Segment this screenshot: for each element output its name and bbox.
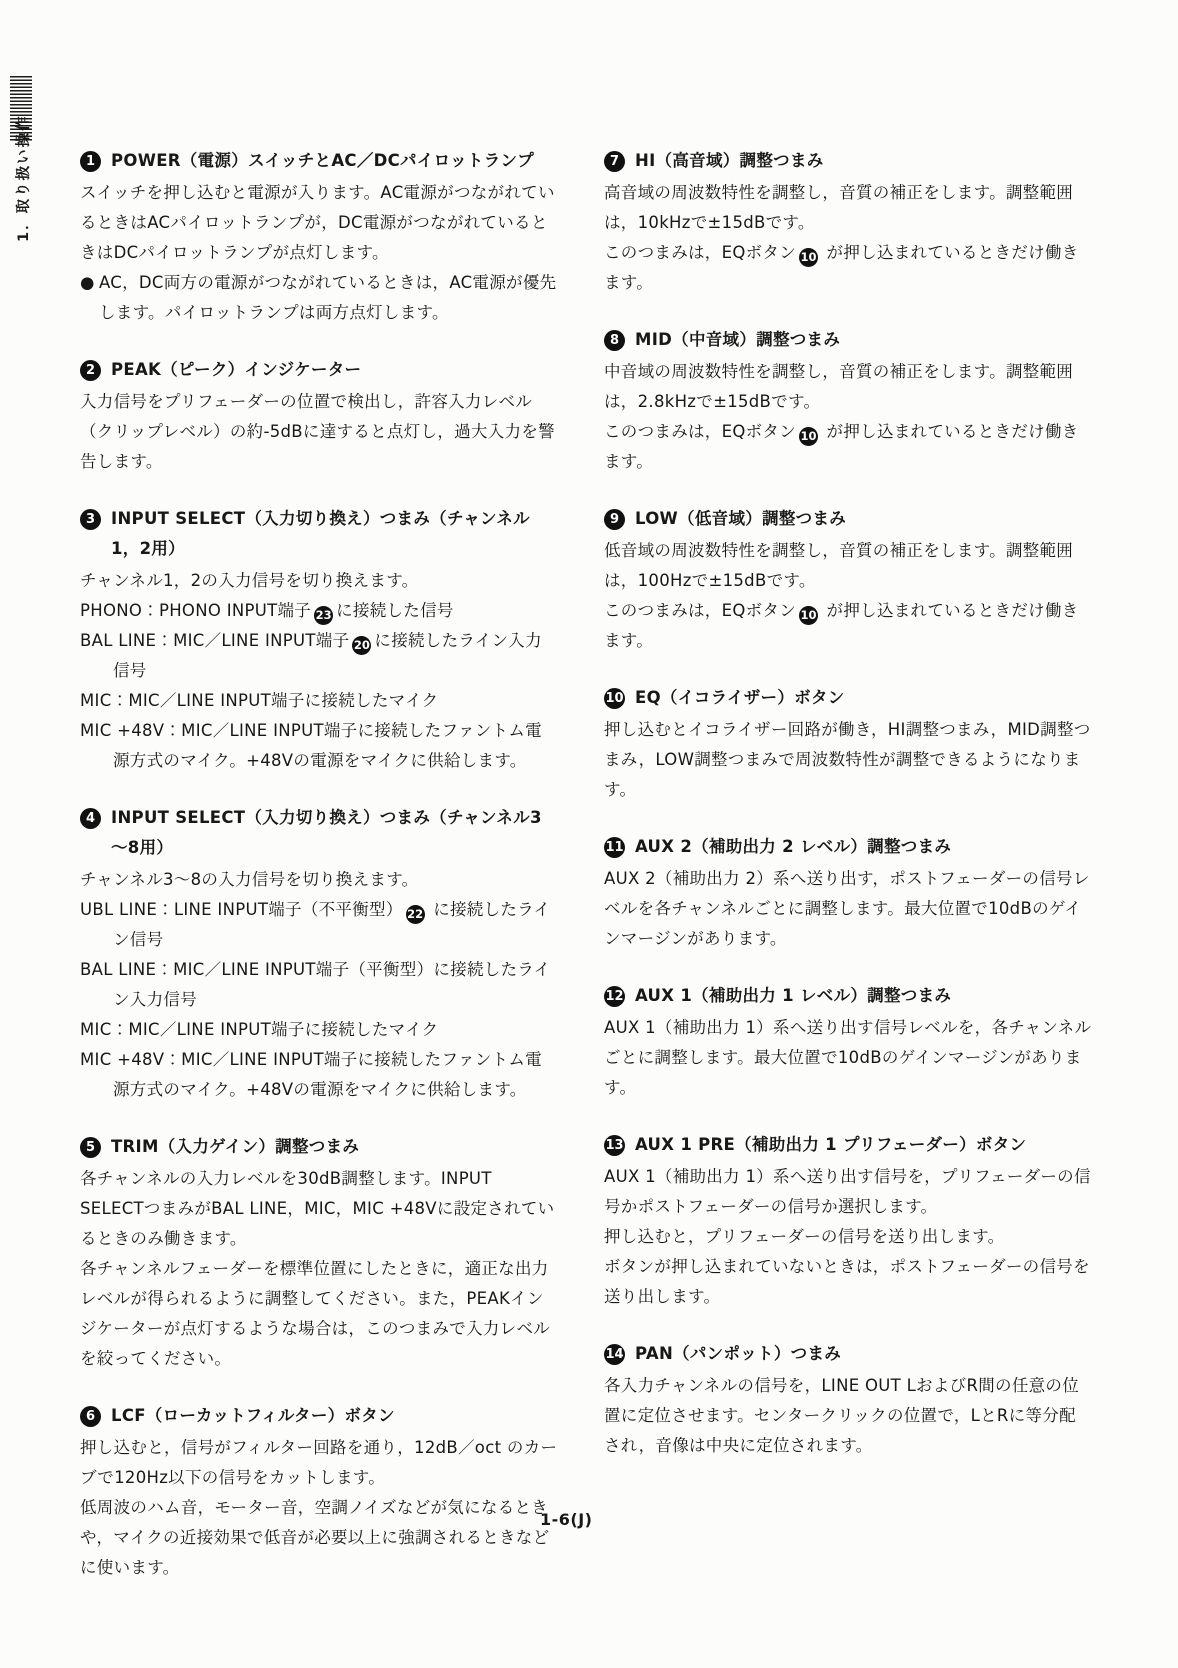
paragraph: 各チャンネルの入力レベルを30dB調整します。INPUT SELECTつまみがB… <box>80 1164 558 1254</box>
paragraph: UBL LINE：LINE INPUT端子（不平衡型）22 に接続したライン信号 <box>80 895 558 955</box>
paragraph: このつまみは，EQボタン10 が押し込まれているときだけ働きます。 <box>604 596 1092 656</box>
section-title: AUX 2（補助出力 2 レベル）調整つまみ <box>635 832 951 862</box>
section-heading: 2PEAK（ピーク）インジケーター <box>80 355 558 385</box>
paragraph: 高音域の周波数特性を調整し，音質の補正をします。調整範囲は，10kHzで±15d… <box>604 178 1092 238</box>
sidebar-chapter-label: 1．取り扱い操作 <box>12 114 33 242</box>
paragraph: AUX 2（補助出力 2）系へ送り出す，ポストフェーダーの信号レベルを各チャンネ… <box>604 864 1092 954</box>
ref-badge-10: 10 <box>799 427 818 446</box>
paragraph: チャンネル1，2の入力信号を切り換えます。 <box>80 566 558 596</box>
section-heading: 8MID（中音域）調整つまみ <box>604 325 1092 355</box>
paragraph: 各入力チャンネルの信号を，LINE OUT LおよびR間の任意の位置に定位させま… <box>604 1371 1092 1461</box>
paragraph: ●AC，DC両方の電源がつながれているときは，AC電源が優先します。パイロットラ… <box>80 268 558 328</box>
page-number: 1-6(J) <box>540 1510 592 1529</box>
section-heading: 4INPUT SELECT（入力切り換え）つまみ（チャンネル3～8用） <box>80 803 558 863</box>
section-title: INPUT SELECT（入力切り換え）つまみ（チャンネル3～8用） <box>111 803 558 863</box>
paragraph: このつまみは，EQボタン10 が押し込まれているときだけ働きます。 <box>604 238 1092 298</box>
section-power: 1POWER（電源）スイッチとAC／DCパイロットランプスイッチを押し込むと電源… <box>80 146 558 328</box>
section-number-badge: 4 <box>80 808 101 829</box>
section-low: 9LOW（低音域）調整つまみ低音域の周波数特性を調整し，音質の補正をします。調整… <box>604 504 1092 656</box>
paragraph: スイッチを押し込むと電源が入ります。AC電源がつながれているときはACパイロット… <box>80 178 558 268</box>
section-number-badge: 7 <box>604 151 625 172</box>
section-title: TRIM（入力ゲイン）調整つまみ <box>111 1132 359 1162</box>
section-title: LOW（低音域）調整つまみ <box>635 504 846 534</box>
section-heading: 13AUX 1 PRE（補助出力 1 プリフェーダー）ボタン <box>604 1130 1092 1160</box>
ref-badge-23: 23 <box>314 606 333 625</box>
paragraph: 押し込むとイコライザー回路が働き，HI調整つまみ，MID調整つまみ，LOW調整つ… <box>604 715 1092 805</box>
section-mid: 8MID（中音域）調整つまみ中音域の周波数特性を調整し，音質の補正をします。調整… <box>604 325 1092 477</box>
section-lcf: 6LCF（ローカットフィルター）ボタン押し込むと，信号がフィルター回路を通り，1… <box>80 1401 558 1583</box>
paragraph: 押し込むと，プリフェーダーの信号を送り出します。 <box>604 1222 1092 1252</box>
ref-badge-20: 20 <box>352 636 371 655</box>
section-heading: 7HI（高音域）調整つまみ <box>604 146 1092 176</box>
section-number-badge: 12 <box>604 986 625 1007</box>
left-column: 1POWER（電源）スイッチとAC／DCパイロットランプスイッチを押し込むと電源… <box>80 146 558 1610</box>
ref-badge-10: 10 <box>799 606 818 625</box>
section-number-badge: 6 <box>80 1406 101 1427</box>
section-title: MID（中音域）調整つまみ <box>635 325 840 355</box>
paragraph: 押し込むと，信号がフィルター回路を通り，12dB／oct のカーブで120Hz以… <box>80 1433 558 1493</box>
section-trim: 5TRIM（入力ゲイン）調整つまみ各チャンネルの入力レベルを30dB調整します。… <box>80 1132 558 1374</box>
section-number-badge: 8 <box>604 330 625 351</box>
right-column: 7HI（高音域）調整つまみ高音域の周波数特性を調整し，音質の補正をします。調整範… <box>604 146 1092 1488</box>
section-number-badge: 14 <box>604 1344 625 1365</box>
section-number-badge: 13 <box>604 1135 625 1156</box>
section-aux1: 12AUX 1（補助出力 1 レベル）調整つまみAUX 1（補助出力 1）系へ送… <box>604 981 1092 1103</box>
section-input-select-ch3-8: 4INPUT SELECT（入力切り換え）つまみ（チャンネル3～8用）チャンネル… <box>80 803 558 1105</box>
section-title: HI（高音域）調整つまみ <box>635 146 824 176</box>
section-hi: 7HI（高音域）調整つまみ高音域の周波数特性を調整し，音質の補正をします。調整範… <box>604 146 1092 298</box>
section-number-badge: 1 <box>80 151 101 172</box>
paragraph: AUX 1（補助出力 1）系へ送り出す信号を，プリフェーダーの信号かポストフェー… <box>604 1162 1092 1222</box>
section-heading: 1POWER（電源）スイッチとAC／DCパイロットランプ <box>80 146 558 176</box>
paragraph: BAL LINE：MIC／LINE INPUT端子20に接続したライン入力信号 <box>80 626 558 686</box>
paragraph: 中音域の周波数特性を調整し，音質の補正をします。調整範囲は，2.8kHzで±15… <box>604 357 1092 417</box>
section-aux1-pre: 13AUX 1 PRE（補助出力 1 プリフェーダー）ボタンAUX 1（補助出力… <box>604 1130 1092 1312</box>
paragraph: 各チャンネルフェーダーを標準位置にしたときに，適正な出力レベルが得られるように調… <box>80 1254 558 1374</box>
bullet-icon: ● <box>80 268 95 298</box>
paragraph: ボタンが押し込まれていないときは，ポストフェーダーの信号を送り出します。 <box>604 1252 1092 1312</box>
section-heading: 11AUX 2（補助出力 2 レベル）調整つまみ <box>604 832 1092 862</box>
section-title: LCF（ローカットフィルター）ボタン <box>111 1401 395 1431</box>
ref-badge-10: 10 <box>799 248 818 267</box>
ref-badge-22: 22 <box>406 905 425 924</box>
section-number-badge: 3 <box>80 509 101 530</box>
section-heading: 5TRIM（入力ゲイン）調整つまみ <box>80 1132 558 1162</box>
paragraph: このつまみは，EQボタン10 が押し込まれているときだけ働きます。 <box>604 417 1092 477</box>
section-number-badge: 2 <box>80 360 101 381</box>
section-heading: 10EQ（イコライザー）ボタン <box>604 683 1092 713</box>
manual-page: 1．取り扱い操作 1POWER（電源）スイッチとAC／DCパイロットランプスイッ… <box>0 0 1178 1668</box>
section-title: PEAK（ピーク）インジケーター <box>111 355 361 385</box>
paragraph: 低音域の周波数特性を調整し，音質の補正をします。調整範囲は，100Hzで±15d… <box>604 536 1092 596</box>
section-eq: 10EQ（イコライザー）ボタン押し込むとイコライザー回路が働き，HI調整つまみ，… <box>604 683 1092 805</box>
section-title: AUX 1（補助出力 1 レベル）調整つまみ <box>635 981 951 1011</box>
paragraph: チャンネル3～8の入力信号を切り換えます。 <box>80 865 558 895</box>
section-title: POWER（電源）スイッチとAC／DCパイロットランプ <box>111 146 534 176</box>
paragraph: MIC：MIC／LINE INPUT端子に接続したマイク <box>80 1015 558 1045</box>
section-peak: 2PEAK（ピーク）インジケーター入力信号をプリフェーダーの位置で検出し，許容入… <box>80 355 558 477</box>
section-input-select-ch1-2: 3INPUT SELECT（入力切り換え）つまみ（チャンネル1，2用）チャンネル… <box>80 504 558 776</box>
section-heading: 12AUX 1（補助出力 1 レベル）調整つまみ <box>604 981 1092 1011</box>
paragraph: MIC：MIC／LINE INPUT端子に接続したマイク <box>80 686 558 716</box>
section-heading: 14PAN（パンポット）つまみ <box>604 1339 1092 1369</box>
section-number-badge: 11 <box>604 837 625 858</box>
section-title: PAN（パンポット）つまみ <box>635 1339 841 1369</box>
paragraph: 低周波のハム音，モーター音，空調ノイズなどが気になるときや，マイクの近接効果で低… <box>80 1493 558 1583</box>
section-number-badge: 5 <box>80 1137 101 1158</box>
section-number-badge: 10 <box>604 688 625 709</box>
paragraph: BAL LINE：MIC／LINE INPUT端子（平衡型）に接続したライン入力… <box>80 955 558 1015</box>
section-heading: 9LOW（低音域）調整つまみ <box>604 504 1092 534</box>
paragraph: 入力信号をプリフェーダーの位置で検出し，許容入力レベル（クリップレベル）の約-5… <box>80 387 558 477</box>
paragraph: PHONO：PHONO INPUT端子23に接続した信号 <box>80 596 558 626</box>
paragraph: MIC +48V：MIC／LINE INPUT端子に接続したファントム電源方式の… <box>80 716 558 776</box>
section-heading: 6LCF（ローカットフィルター）ボタン <box>80 1401 558 1431</box>
section-title: AUX 1 PRE（補助出力 1 プリフェーダー）ボタン <box>635 1130 1026 1160</box>
section-number-badge: 9 <box>604 509 625 530</box>
section-aux2: 11AUX 2（補助出力 2 レベル）調整つまみAUX 2（補助出力 2）系へ送… <box>604 832 1092 954</box>
section-heading: 3INPUT SELECT（入力切り換え）つまみ（チャンネル1，2用） <box>80 504 558 564</box>
paragraph: AUX 1（補助出力 1）系へ送り出す信号レベルを，各チャンネルごとに調整します… <box>604 1013 1092 1103</box>
section-title: INPUT SELECT（入力切り換え）つまみ（チャンネル1，2用） <box>111 504 558 564</box>
section-title: EQ（イコライザー）ボタン <box>635 683 845 713</box>
paragraph: MIC +48V：MIC／LINE INPUT端子に接続したファントム電源方式の… <box>80 1045 558 1105</box>
section-pan: 14PAN（パンポット）つまみ各入力チャンネルの信号を，LINE OUT Lおよ… <box>604 1339 1092 1461</box>
